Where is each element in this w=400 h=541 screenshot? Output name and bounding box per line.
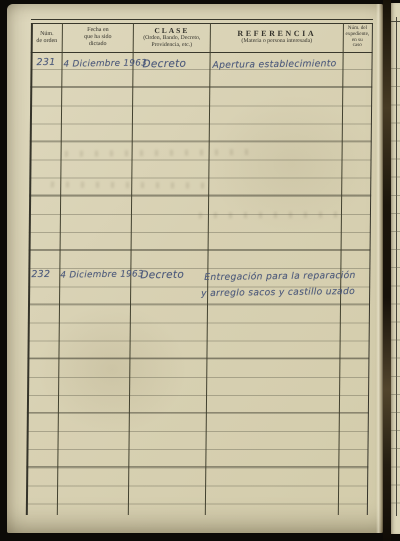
scanned-register-spread: Núm. de orden Fecha en que ha sido dicta…: [0, 0, 400, 541]
entry-date: 4 Diciembre 1963: [60, 269, 144, 280]
entry-date: 4 Diciembre 1963: [64, 58, 148, 69]
header-text: Núm.: [40, 31, 54, 38]
header-subtitle: Providencia, etc.): [151, 42, 192, 49]
entry-class: Decreto: [140, 269, 184, 282]
header-text: caso: [353, 43, 362, 49]
column-header-expediente: Núm. del expediente, en su caso: [344, 23, 371, 52]
register-page: Núm. de orden Fecha en que ha sido dicta…: [7, 4, 383, 533]
entry-reference-cont: y arreglo sacos y castillo uzado: [201, 286, 355, 299]
header-subtitle: (Orden, Bando, Decreto,: [143, 35, 200, 42]
header-text: Fecha en: [87, 27, 109, 34]
header-text: dictado: [89, 41, 107, 48]
header-subtitle: (Materia o persona interesada): [241, 38, 312, 45]
header-text: que ha sido: [84, 34, 111, 41]
column-header-fecha: Fecha en que ha sido dictado: [63, 23, 133, 52]
book-binding-gap: [383, 0, 391, 541]
next-page-edge: [391, 3, 400, 534]
register-table: Núm. de orden Fecha en que ha sido dicta…: [26, 19, 373, 517]
entry-number: 232: [31, 269, 50, 280]
header-title: CLASE: [154, 27, 189, 36]
table-top-outer-border: [31, 19, 373, 20]
entry-reference: Apertura establecimiento: [213, 58, 337, 71]
column-header-clase: CLASE (Orden, Bando, Decreto, Providenci…: [134, 23, 210, 52]
next-page-ruled-lines: [391, 51, 400, 505]
header-text: de orden: [36, 38, 57, 45]
entry-number: 231: [37, 57, 56, 68]
entry-class: Decreto: [143, 58, 187, 71]
page-right-edge-shadow: [376, 4, 383, 533]
column-header-referencia: REFERENCIA (Materia o persona interesada…: [211, 23, 343, 52]
entry-reference: Entregación para la reparación: [204, 270, 355, 283]
column-header-num: Núm. de orden: [32, 23, 62, 52]
